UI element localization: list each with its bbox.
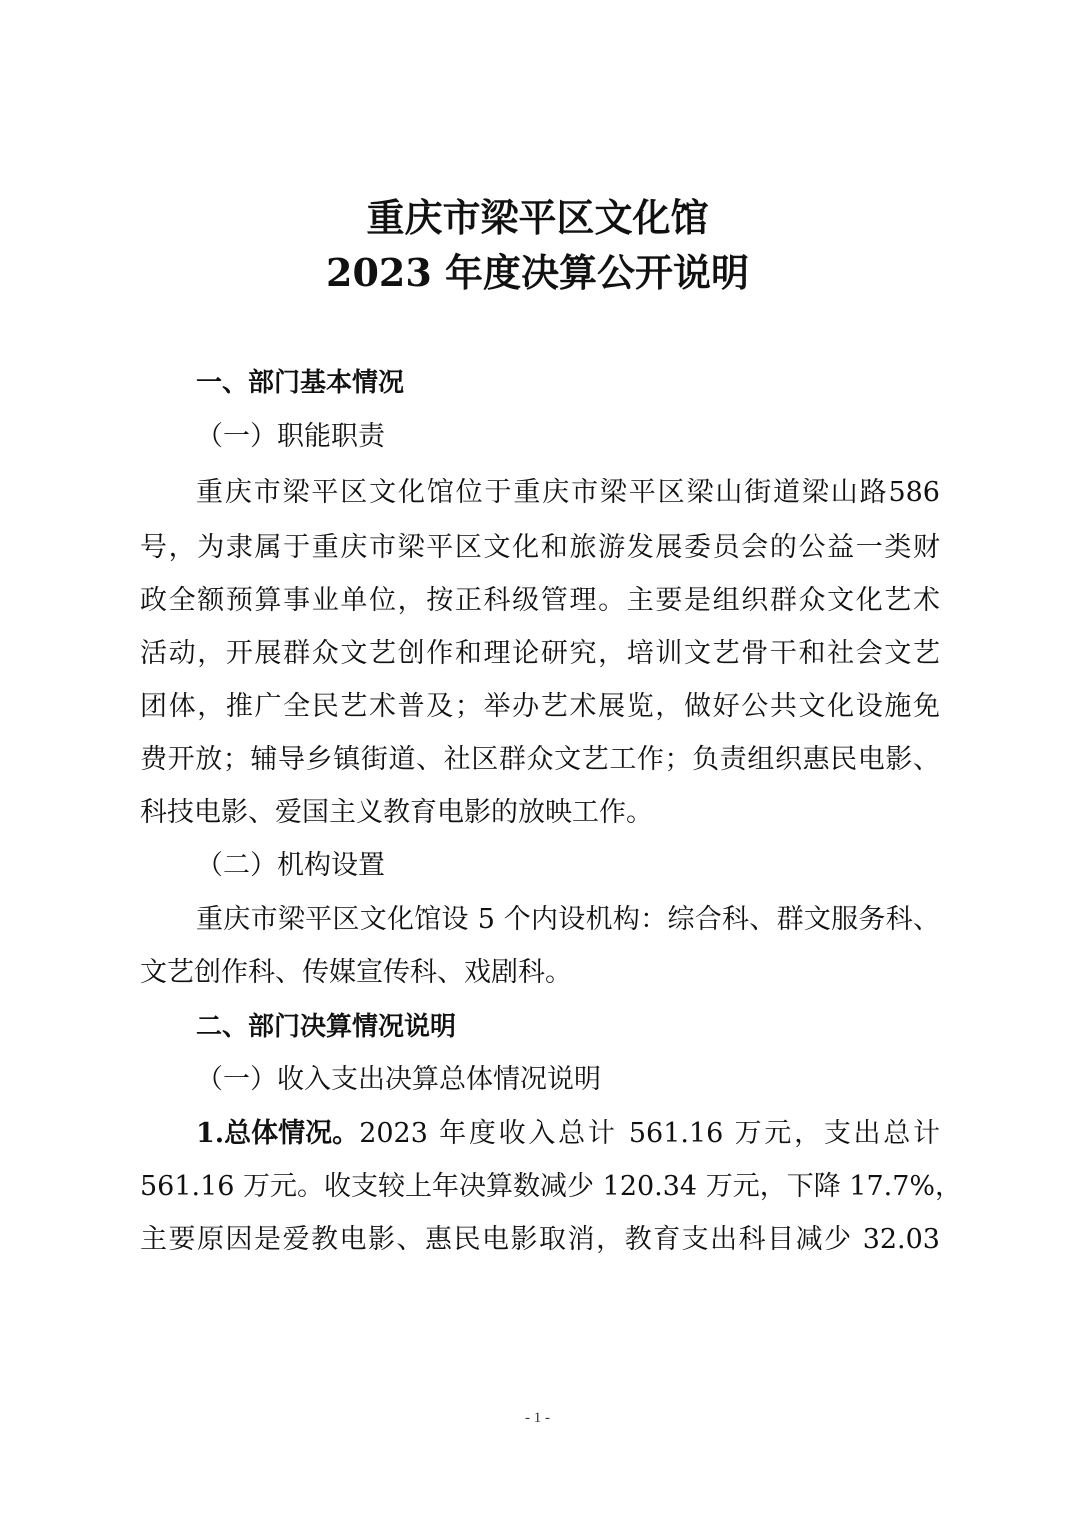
paragraph-line: 主要原因是爱教电影、惠民电影取消，教育支出科目减少 32.03 — [140, 1220, 940, 1260]
section1-heading: 一、部门基本情况 — [196, 363, 940, 403]
section2-sub1-heading: （一）收入支出决算总体情况说明 — [196, 1060, 940, 1100]
paragraph-line: 561.16 万元。收支较上年决算数减少 120.34 万元，下降 17.7%， — [140, 1167, 940, 1207]
paragraph-line: 文艺创作科、传媒宣传科、戏剧科。 — [140, 953, 940, 993]
page-number: - 1 - — [0, 1410, 1075, 1427]
paragraph-line: 号，为隶属于重庆市梁平区文化和旅游发展委员会的公益一类财 — [140, 528, 940, 568]
section1-sub1-heading: （一）职能职责 — [196, 417, 940, 457]
document-title-line2: 2023 年度决算公开说明 — [0, 248, 1075, 298]
section1-sub2-heading: （二）机构设置 — [196, 846, 940, 886]
paragraph-line: 2023 年度收入总计 561.16 万元，支出总计 — [359, 1114, 940, 1154]
document-page: 重庆市梁平区文化馆 2023 年度决算公开说明 一、部门基本情况 （一）职能职责… — [0, 0, 1075, 1520]
paragraph-line: 费开放；辅导乡镇街道、社区群众文艺工作；负责组织惠民电影、 — [140, 740, 940, 780]
paragraph-line: 活动，开展群众文艺创作和理论研究，培训文艺骨干和社会文艺 — [140, 634, 940, 674]
paragraph-line: 重庆市梁平区文化馆位于重庆市梁平区梁山街道梁山路586 — [196, 473, 940, 513]
paragraph-line: 政全额预算事业单位，按正科级管理。主要是组织群众文化艺术 — [140, 581, 940, 621]
paragraph-line: 团体，推广全民艺术普及；举办艺术展览，做好公共文化设施免 — [140, 687, 940, 727]
section2-heading: 二、部门决算情况说明 — [196, 1007, 940, 1047]
item1-lead: 1.总体情况。 — [196, 1114, 359, 1154]
paragraph-line-with-lead: 1.总体情况。 2023 年度收入总计 561.16 万元，支出总计 — [196, 1114, 940, 1154]
paragraph-line: 重庆市梁平区文化馆设 5 个内设机构：综合科、群文服务科、 — [196, 900, 940, 940]
paragraph-line: 科技电影、爱国主义教育电影的放映工作。 — [140, 793, 940, 833]
document-title-line1: 重庆市梁平区文化馆 — [0, 193, 1075, 243]
